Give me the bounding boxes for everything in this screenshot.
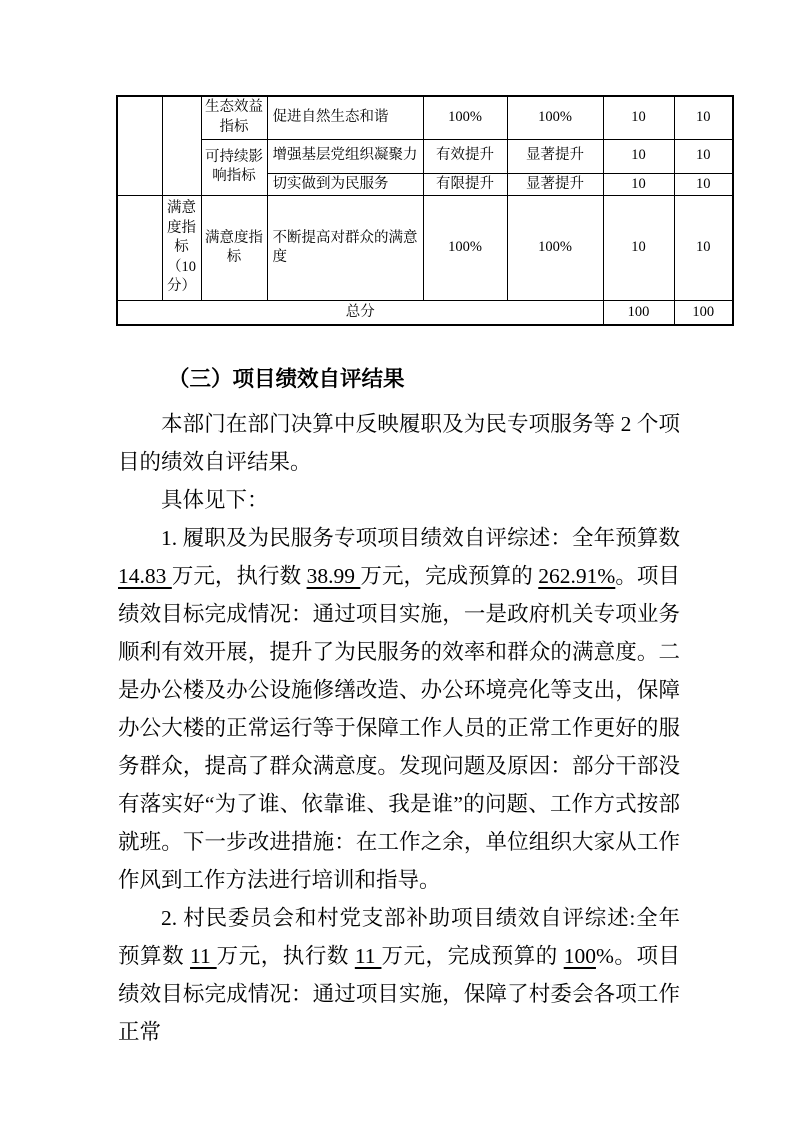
paragraph-project-1: 1. 履职及为民服务专项项目绩效自评综述：全年预算数 14.83 万元，执行数 … <box>118 519 680 899</box>
table-cell: 10 <box>603 139 674 173</box>
table-cell: 满意 度指 标 （10 分） <box>162 196 201 301</box>
table-cell: 有限提升 <box>423 173 507 196</box>
table-cell: 10 <box>603 96 674 139</box>
underlined-value: 14.83 <box>118 564 172 588</box>
body-text: （三）项目绩效自评结果 本部门在部门决算中反映履职及为民专项服务等 2 个项目的… <box>118 360 680 1051</box>
table-cell <box>162 96 201 196</box>
table-cell: 10 <box>674 173 733 196</box>
text-segment: 。项目绩效目标完成情况：通过项目实施，一是政府机关专项业务顺利有效开展，提升了为… <box>118 564 680 892</box>
score-table-body: 生态效益 指标促进自然生态和谐100%100%1010可持续影 响指标增强基层党… <box>117 96 733 325</box>
table-cell: 切实做到为民服务 <box>267 173 423 196</box>
table-cell: 10 <box>603 173 674 196</box>
text-segment: 万元，完成预算的 <box>360 564 538 588</box>
underlined-value: 100 <box>564 944 596 968</box>
underlined-value: 38.99 <box>307 564 361 588</box>
table-cell: 满意度指 标 <box>201 196 267 301</box>
table-cell: 有效提升 <box>423 139 507 173</box>
paragraph-intro: 本部门在部门决算中反映履职及为民专项服务等 2 个项目的绩效自评结果。 <box>118 405 680 481</box>
underlined-value: 262.91% <box>538 564 615 588</box>
text-segment: 具体见下： <box>161 488 269 512</box>
paragraph-see-below: 具体见下： <box>118 481 680 519</box>
table-cell: 10 <box>674 196 733 301</box>
table-cell: 100 <box>603 301 674 325</box>
section-heading: （三）项目绩效自评结果 <box>118 360 680 398</box>
table-cell: 100% <box>507 196 603 301</box>
table-cell: 10 <box>603 196 674 301</box>
table-cell: 促进自然生态和谐 <box>267 96 423 139</box>
text-segment: 1. 履职及为民服务专项项目绩效自评综述：全年预算数 <box>161 526 680 550</box>
score-table: 生态效益 指标促进自然生态和谐100%100%1010可持续影 响指标增强基层党… <box>116 95 734 326</box>
text-segment: 万元，执行数 <box>217 944 355 968</box>
table-cell: 生态效益 指标 <box>201 96 267 139</box>
table-cell <box>117 96 162 196</box>
text-segment: 万元，完成预算的 <box>381 944 563 968</box>
table-cell <box>117 196 162 301</box>
paragraph-project-2: 2. 村民委员会和村党支部补助项目绩效自评综述:全年预算数 11 万元，执行数 … <box>118 899 680 1051</box>
table-cell: 100% <box>423 196 507 301</box>
table-cell: 不断提高对群众的满意度 <box>267 196 423 301</box>
table-cell: 10 <box>674 96 733 139</box>
table-cell: 10 <box>674 139 733 173</box>
table-cell: 显著提升 <box>507 139 603 173</box>
table-row: 满意 度指 标 （10 分）满意度指 标不断提高对群众的满意度100%100%1… <box>117 196 733 301</box>
underlined-value: 11 <box>190 944 217 968</box>
underlined-value: 11 <box>355 944 382 968</box>
paragraph-container: 本部门在部门决算中反映履职及为民专项服务等 2 个项目的绩效自评结果。具体见下：… <box>118 405 680 1051</box>
table-cell: 显著提升 <box>507 173 603 196</box>
table-row: 总分100100 <box>117 301 733 325</box>
table-cell: 增强基层党组织凝聚力 <box>267 139 423 173</box>
table-cell: 100% <box>423 96 507 139</box>
table-cell: 总分 <box>117 301 603 325</box>
document-page: 生态效益 指标促进自然生态和谐100%100%1010可持续影 响指标增强基层党… <box>0 0 793 1122</box>
table-cell: 100% <box>507 96 603 139</box>
table-row: 可持续影 响指标增强基层党组织凝聚力有效提升显著提升1010 <box>117 139 733 173</box>
table-cell: 100 <box>674 301 733 325</box>
table-row: 生态效益 指标促进自然生态和谐100%100%1010 <box>117 96 733 139</box>
table-cell: 可持续影 响指标 <box>201 139 267 196</box>
text-segment: 万元，执行数 <box>172 564 307 588</box>
text-segment: 本部门在部门决算中反映履职及为民专项服务等 2 个项目的绩效自评结果。 <box>118 412 680 474</box>
